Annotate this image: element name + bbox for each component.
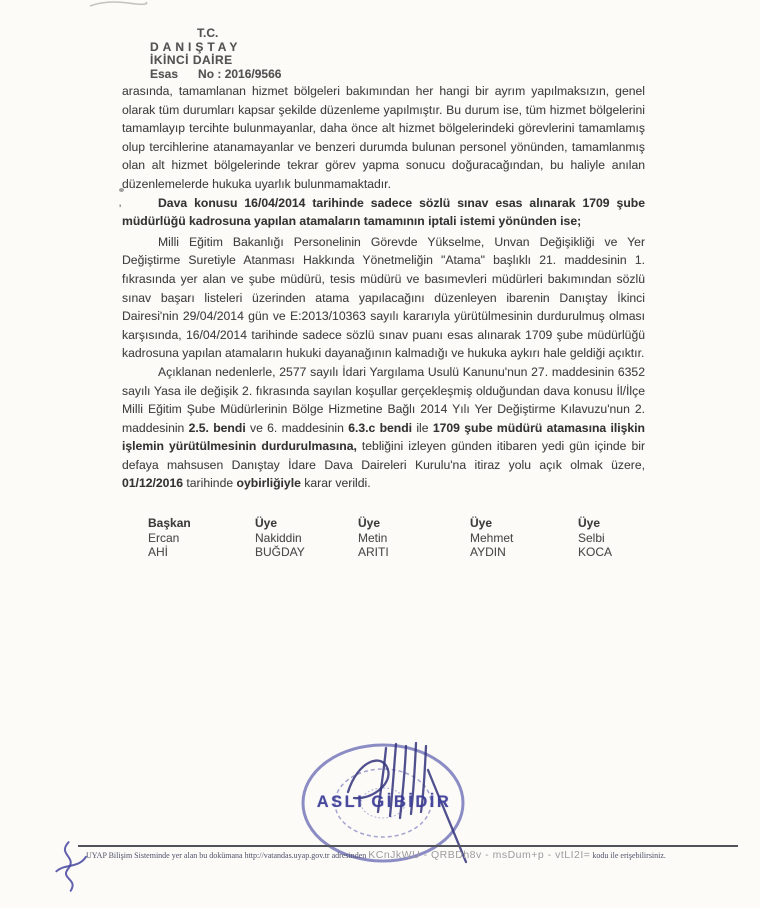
signature-first-name: Nakiddin (255, 531, 357, 546)
signature-column-president: Başkan Ercan AHİ (148, 516, 250, 560)
header-chamber: İKİNCİ DAİRE (150, 54, 281, 67)
footer-access-suffix: kodu ile erişebilirsiniz. (592, 851, 666, 860)
document-body: arasında, tamamlanan hizmet bölgeleri ba… (122, 82, 645, 493)
case-label: Esas (150, 67, 178, 81)
paragraph-continuation: arasında, tamamlanan hizmet bölgeleri ba… (122, 82, 645, 194)
footer-access-text: UYAP Bilişim Sisteminde yer alan bu dokü… (86, 851, 366, 860)
signature-block: Başkan Ercan AHİ Üye Nakiddin BUĞDAY Üye… (148, 516, 708, 578)
page-header: T.C. DANIŞTAY İKİNCİ DAİRE EsasNo : 2016… (150, 27, 281, 81)
scan-speck-icon (119, 188, 124, 192)
signature-last-name: KOCA (578, 545, 680, 560)
paragraph-subject: Dava konusu 16/04/2014 tarihinde sadece … (122, 194, 645, 231)
paragraph-reasoning: Milli Eğitim Bakanlığı Personelinin Göre… (122, 233, 645, 363)
signature-column-member-1: Üye Nakiddin BUĞDAY (255, 516, 357, 560)
signature-first-name: Ercan (148, 531, 250, 546)
signature-last-name: AYDIN (470, 545, 572, 560)
footer-access-code: KCnJkWU - QRBDh8v - msDum+p - vtLI2I= (368, 849, 590, 861)
case-value: No : 2016/9566 (198, 67, 281, 81)
footer-divider (78, 845, 738, 847)
signature-column-member-4: Üye Selbi KOCA (578, 516, 680, 560)
header-tc: T.C. (150, 27, 281, 40)
signature-first-name: Selbi (578, 531, 680, 546)
scan-speck-icon: ' (119, 202, 121, 216)
signature-first-name: Mehmet (470, 531, 572, 546)
signature-first-name: Metin (358, 531, 460, 546)
signature-title: Üye (470, 516, 572, 531)
signature-last-name: ARITI (358, 545, 460, 560)
document-footer: UYAP Bilişim Sisteminde yer alan bu dokü… (86, 849, 746, 861)
signature-title: Üye (358, 516, 460, 531)
header-case-number: EsasNo : 2016/9566 (150, 68, 281, 81)
signature-last-name: BUĞDAY (255, 545, 357, 560)
signature-column-member-2: Üye Metin ARITI (358, 516, 460, 560)
signature-last-name: AHİ (148, 545, 250, 560)
signature-column-member-3: Üye Mehmet AYDIN (470, 516, 572, 560)
signature-title: Başkan (148, 516, 250, 531)
paragraph-decision: Açıklanan nedenlerle, 2577 sayılı İdari … (122, 363, 645, 493)
signature-title: Üye (255, 516, 357, 531)
signature-title: Üye (578, 516, 680, 531)
stamp-text: ASLI GİBİDİR (298, 793, 470, 812)
scan-artifact-icon (88, 0, 148, 8)
document-page: T.C. DANIŞTAY İKİNCİ DAİRE EsasNo : 2016… (0, 0, 760, 908)
